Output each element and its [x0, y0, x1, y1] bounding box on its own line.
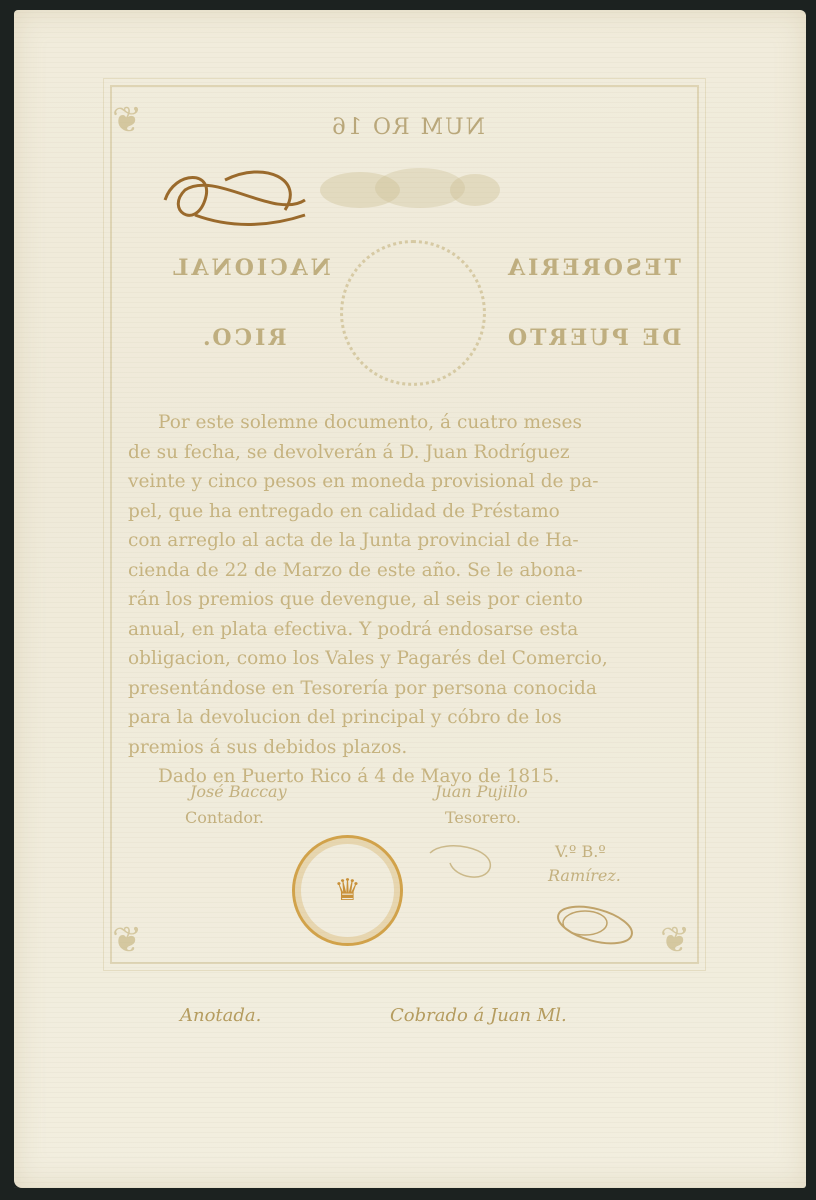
header-tesoreria: TESORERIA — [505, 255, 681, 281]
endorsement-anotada: Anotada. — [180, 1005, 261, 1026]
vobo-signature: Ramírez. — [548, 866, 621, 885]
header-de-puerto: DE PUERTO — [505, 325, 681, 351]
ink-flourish-icon — [155, 160, 315, 240]
header-nacional: NACIONAL — [170, 255, 331, 281]
tesorero-signature: Juan Pujillo — [435, 782, 528, 801]
body-line: pel, que ha entregado en calidad de Prés… — [128, 497, 680, 527]
contador-signature: José Baccay — [190, 782, 287, 801]
body-line: obligacion, como los Vales y Pagarés del… — [128, 644, 680, 674]
rubric-flourish-icon — [425, 838, 500, 883]
medallion-wreath-icon — [340, 240, 486, 386]
corner-ornament-top-left-icon: ❦ — [112, 100, 142, 141]
body-line: para la devolucion del principal y cóbro… — [128, 703, 680, 733]
body-line: veinte y cinco pesos en moneda provision… — [128, 467, 680, 497]
document-body: Por este solemne documento, á cuatro mes… — [128, 408, 680, 792]
body-line: anual, en plata efectiva. Y podrá endosa… — [128, 615, 680, 645]
header-rico: RICO. — [200, 325, 287, 351]
endorsement-cobrado: Cobrado á Juan Ml. — [390, 1005, 567, 1026]
vobo-label: V.º B.º — [555, 842, 606, 861]
body-line: con arreglo al acta de la Junta provinci… — [128, 526, 680, 556]
numero-label: NUM RO 16 — [330, 115, 485, 140]
corner-ornament-bottom-left-icon: ❦ — [112, 920, 142, 961]
ornament-garland-icon — [300, 160, 510, 220]
contador-title: Contador. — [185, 808, 264, 827]
tesorero-title: Tesorero. — [445, 808, 521, 827]
official-seal-stamp-icon: ♛ — [292, 835, 403, 946]
corner-ornament-bottom-right-icon: ❦ — [660, 920, 690, 961]
body-line: cienda de 22 de Marzo de este año. Se le… — [128, 556, 680, 586]
body-line: de su fecha, se devolverán á D. Juan Rod… — [128, 438, 680, 468]
body-line: Por este solemne documento, á cuatro mes… — [128, 408, 680, 438]
rubric-flourish-icon — [550, 895, 640, 955]
body-line: presentándose en Tesorería por persona c… — [128, 674, 680, 704]
body-line: rán los premios que devengue, al seis po… — [128, 585, 680, 615]
body-line: premios á sus debidos plazos. — [128, 733, 680, 763]
